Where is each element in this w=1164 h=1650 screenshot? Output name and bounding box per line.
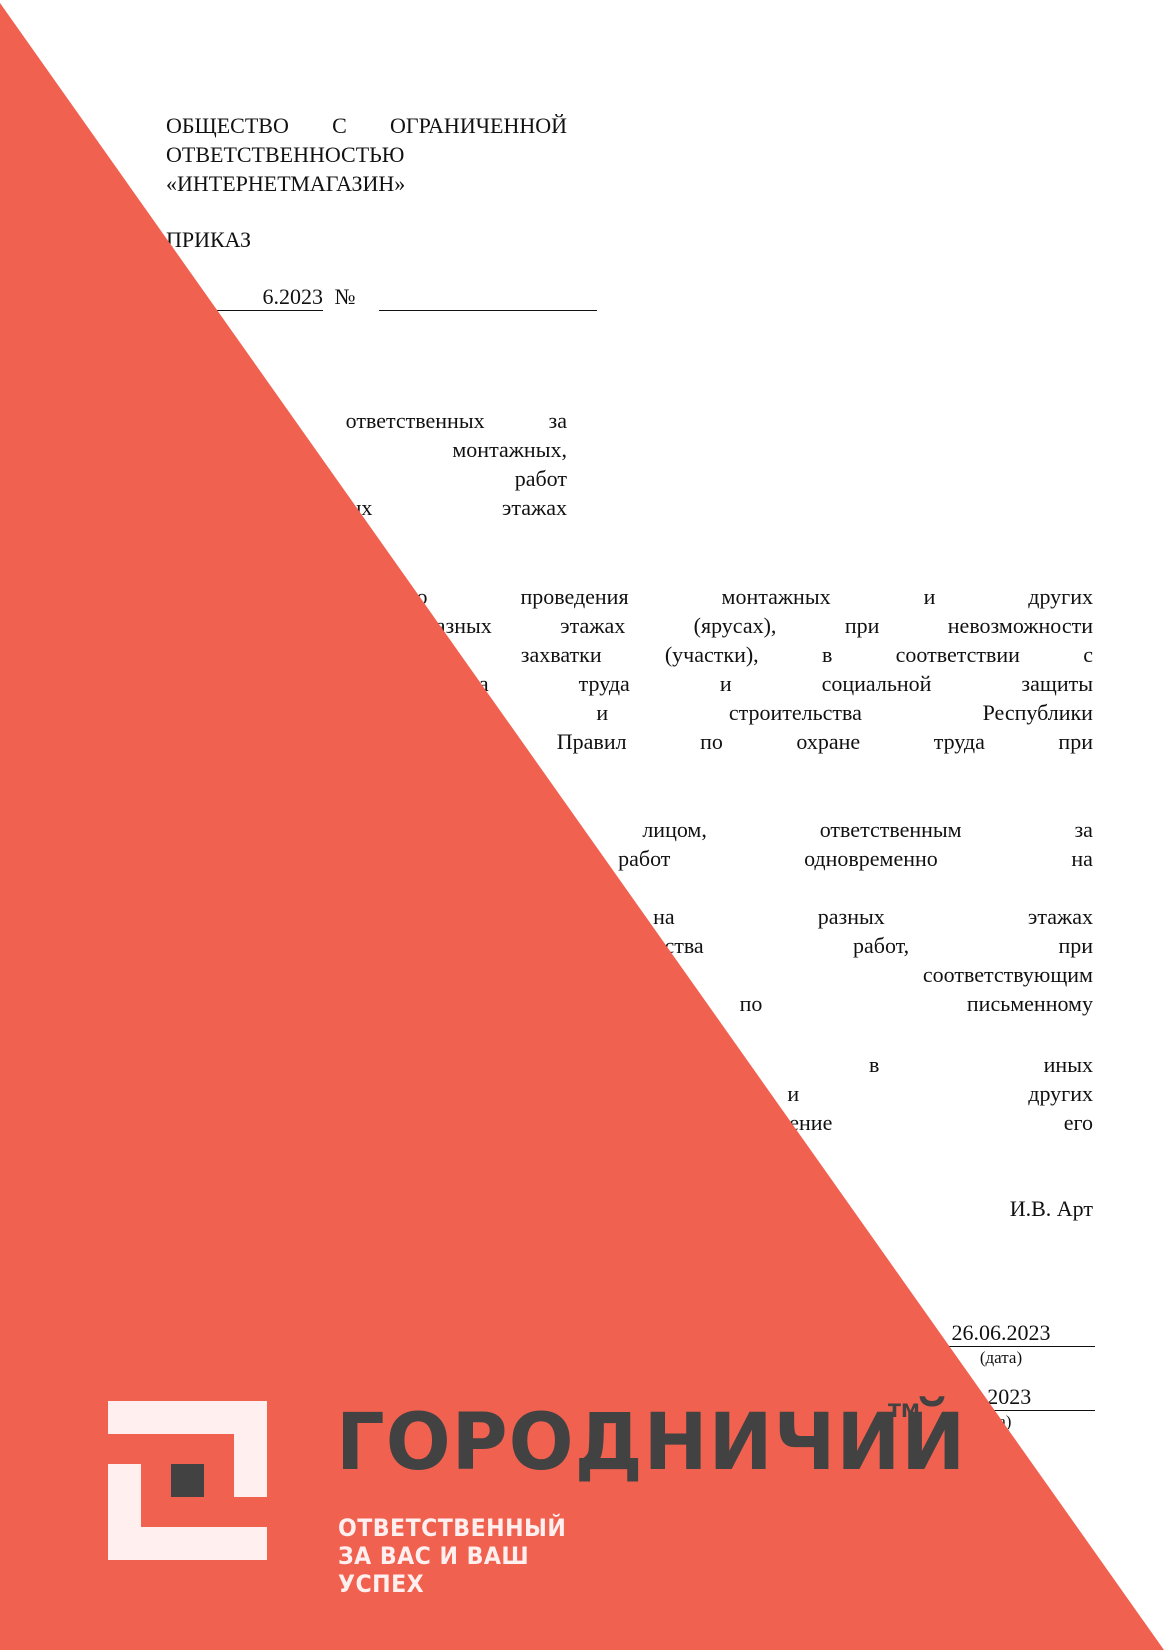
signer-name: И.В. Арт — [1010, 1196, 1093, 1222]
word: перекрытий — [423, 989, 535, 1018]
subject-line: строительных работ — [166, 464, 567, 493]
word: отдельные — [359, 640, 457, 669]
body-line: чениябезопасногопроведениямонтажныхидруг… — [166, 582, 1093, 611]
org-word: ОГРАНИЧЕННОЙ — [390, 111, 567, 140]
body-line: аКоставойВ.В.лицом,ответственнымза — [166, 815, 1093, 844]
word: других — [1028, 1079, 1093, 1108]
word: чения — [166, 582, 221, 611]
word: безопасного — [313, 582, 427, 611]
word: в — [869, 1050, 879, 1079]
org-line-1: ОБЩЕСТВО С ОГРАНИЧЕННОЙ — [166, 111, 567, 140]
word: в — [822, 640, 832, 669]
body-line: И.И. — [166, 1137, 1093, 1166]
word: И.И. — [166, 1137, 209, 1166]
word: работ. — [318, 1018, 374, 1047]
word: проектом — [341, 931, 429, 960]
org-word: ОБЩЕСТВО — [166, 111, 289, 140]
acknowledgement-caption: (дата) — [907, 1347, 1095, 1369]
word: на — [274, 640, 296, 669]
org-line-2: ОТВЕТСТВЕННОСТЬЮ — [166, 140, 567, 169]
trademark-mark: TM — [888, 1400, 920, 1422]
body-paragraph-appoint: аКоставойВ.В.лицом,ответственнымзаругихс… — [166, 815, 1093, 873]
word: монтажных — [722, 582, 831, 611]
word: за — [1074, 815, 1092, 844]
word: при — [845, 611, 880, 640]
word: на — [335, 611, 357, 640]
word: овременно — [166, 611, 266, 640]
word: В.В. — [489, 815, 529, 844]
word: ответственным — [820, 815, 962, 844]
acknowledgement-1: 26.06.2023 (дата) — [907, 1320, 1095, 1369]
word: работ — [618, 844, 670, 873]
word: разных — [818, 902, 885, 931]
word: таких — [258, 1018, 311, 1047]
word: жных — [166, 989, 219, 1018]
word: по — [700, 727, 723, 756]
body-line: терстваархитектурыистроительстваРеспубли… — [166, 698, 1093, 727]
word: охране — [796, 727, 860, 756]
word: на — [653, 902, 675, 931]
word: терства — [166, 698, 236, 727]
word: монтажных — [449, 1079, 558, 1108]
body-paragraph-preamble: чениябезопасногопроведениямонтажныхидруг… — [166, 582, 1093, 756]
word: х — [166, 1108, 177, 1137]
body-line: 3"ОбутвержденииПравилпоохранетрудапри — [166, 727, 1093, 756]
word: лицом, — [642, 815, 707, 844]
word: ых — [166, 931, 192, 960]
word: на — [1071, 844, 1093, 873]
word: (ярусах), — [408, 1108, 491, 1137]
body-line: енийнаотдельныезахватки(участки),всоотве… — [166, 640, 1093, 669]
word: х — [166, 960, 177, 989]
word: чновления — [166, 669, 264, 698]
word: Министерства — [354, 669, 488, 698]
subject-line: и лиц, ответственных за — [166, 406, 567, 435]
body-line: ыхпроектомпроизводстваработ,при — [166, 931, 1093, 960]
word: письменному — [967, 989, 1093, 1018]
word: труда — [934, 727, 985, 756]
word: соответствии — [896, 640, 1020, 669]
word: социальной — [822, 669, 932, 698]
word: и — [693, 1050, 705, 1079]
word: Республики — [983, 698, 1093, 727]
word: (обоснованных — [479, 960, 622, 989]
word: производства — [578, 931, 703, 960]
body-line: жныхперекрытийпописьменному — [166, 989, 1093, 1018]
word: ений — [166, 640, 211, 669]
word: его — [1064, 1108, 1093, 1137]
subject-line: а разных этажах — [166, 493, 567, 522]
word: оведение — [166, 1018, 251, 1047]
word: "Об — [251, 727, 287, 756]
word: и — [787, 1079, 799, 1108]
word: иных — [1044, 1050, 1093, 1079]
word: строительства — [729, 698, 862, 727]
brand-tagline: ОТВЕТСТВЕННЫЙ ЗА ВАС И ВАШ УСПЕХ — [338, 1514, 566, 1598]
word: этажах — [1028, 902, 1093, 931]
word: ление — [166, 1079, 220, 1108]
body-line: ругихстроительныхработодновременнона — [166, 844, 1093, 873]
order-date-number-line: 6.2023 № — [166, 284, 597, 311]
word: захватки — [521, 640, 602, 669]
word: а — [166, 815, 176, 844]
word: архитектуры — [356, 698, 475, 727]
body-line: овременнонаразныхэтажах(ярусах),приневоз… — [166, 611, 1093, 640]
word: Коставой — [289, 815, 377, 844]
acknowledgement-date: 26.06.2023 — [907, 1320, 1095, 1347]
word: этажах — [560, 611, 625, 640]
body-line: олезнь,командировкаивиных — [166, 1050, 1093, 1079]
document-type-title: ПРИКАЗ — [166, 227, 251, 253]
word: олезнь, — [166, 1050, 234, 1079]
word: Правил — [557, 727, 627, 756]
org-line-3: «ИНТЕРНЕТМАГАЗИН» — [166, 169, 567, 198]
order-number-field — [379, 286, 597, 311]
body-paragraph-substitute: олезнь,командировкаивиныхлениемонтажныхи… — [166, 1050, 1093, 1166]
word: разных — [425, 611, 492, 640]
subject-line: полнение монтажных, — [166, 435, 567, 464]
word: исполнение — [723, 1108, 833, 1137]
word: других — [1028, 582, 1093, 611]
word: строительных — [353, 844, 484, 873]
word: ругих — [166, 844, 220, 873]
body-line: чновленияМинистерстватрудаисоциальнойзащ… — [166, 669, 1093, 698]
order-date: 6.2023 — [166, 284, 323, 311]
word: работ, — [853, 931, 909, 960]
word: проведения — [520, 582, 628, 611]
body-line: х(обоснованныхсоответствующим — [166, 960, 1093, 989]
word: при — [1058, 727, 1093, 756]
body-line: х(ярусах),исполнениеего — [166, 1108, 1093, 1137]
word: при — [1058, 931, 1093, 960]
word: одновременно — [376, 902, 510, 931]
word: невозможности — [948, 611, 1093, 640]
word: работы — [166, 902, 233, 931]
body-paragraph-conditions: работыодновременнонаразныхэтажахыхпроект… — [166, 902, 1093, 1047]
org-word: С — [332, 111, 347, 140]
body-line: работыодновременнонаразныхэтажах — [166, 902, 1093, 931]
organization-name: ОБЩЕСТВО С ОГРАНИЧЕННОЙ ОТВЕТСТВЕННОСТЬЮ… — [166, 111, 567, 198]
number-sign: № — [335, 284, 356, 310]
word: 3 — [166, 727, 177, 756]
word: труда — [579, 669, 630, 698]
word: и — [720, 669, 732, 698]
body-line: лениемонтажныхидругих — [166, 1079, 1093, 1108]
order-subject: и лиц, ответственных за полнение монтажн… — [166, 406, 567, 522]
word: командировка — [398, 1050, 529, 1079]
word: по — [740, 989, 763, 1018]
body-line: оведениетакихработ. — [166, 1018, 1093, 1047]
word: и — [596, 698, 608, 727]
word: с — [1083, 640, 1093, 669]
word: (ярусах), — [694, 611, 777, 640]
word: соответствующим — [923, 960, 1093, 989]
word: (участки), — [665, 640, 759, 669]
word: одновременно — [804, 844, 938, 873]
word: защиты — [1021, 669, 1093, 698]
brand-name: ГОРОДНИЧИЙ — [336, 1398, 966, 1488]
word: утверждении — [360, 727, 483, 756]
word: и — [924, 582, 936, 611]
